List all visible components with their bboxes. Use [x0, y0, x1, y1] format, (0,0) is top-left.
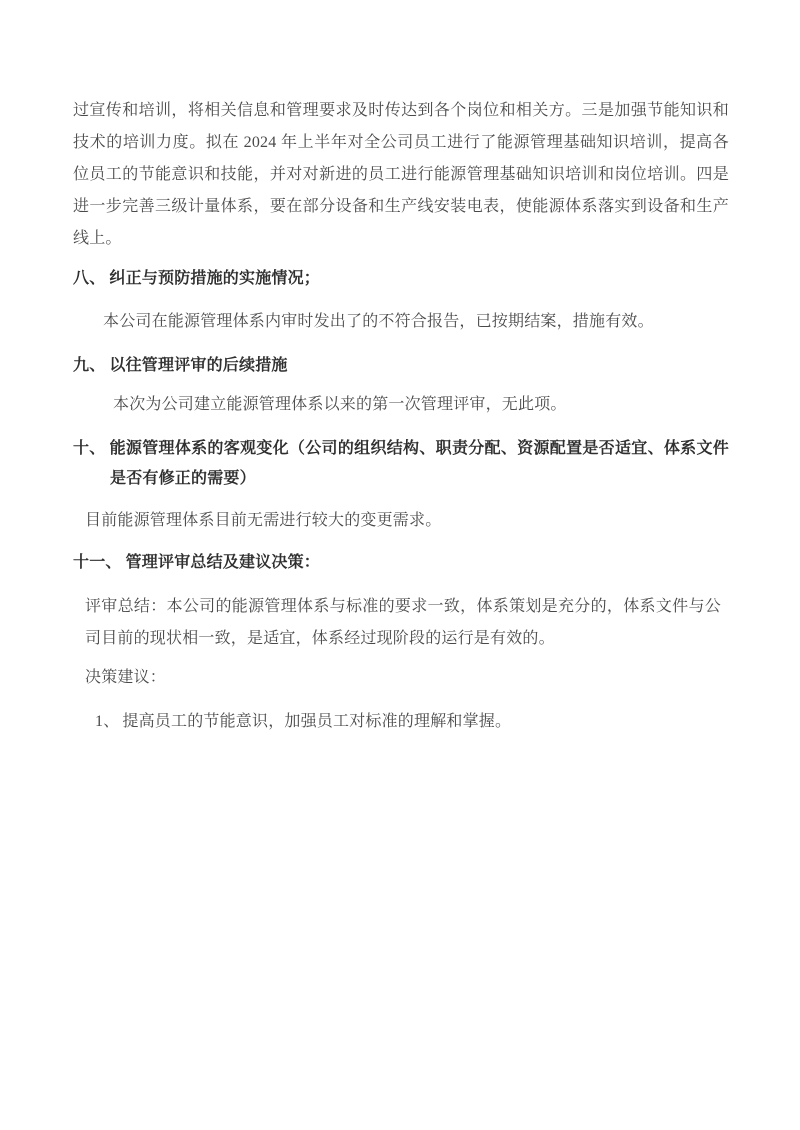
section-10-number: 十、 [73, 440, 106, 457]
section-heading-11: 十一、管理评审总结及建议决策： [73, 548, 729, 578]
decision-item-number: 1、 [95, 713, 119, 730]
section-11-title: 管理评审总结及建议决策： [126, 554, 320, 571]
section-8-number: 八、 [73, 270, 105, 287]
section-8-title: 纠正与预防措施的实施情况； [109, 270, 320, 287]
section-9-number: 九、 [73, 357, 105, 374]
section-8-body: 本公司在能源管理体系内审时发出了的不符合报告，已按期结案，措施有效。 [73, 306, 729, 338]
section-heading-8: 八、纠正与预防措施的实施情况； [73, 264, 729, 294]
decision-item-text: 提高员工的节能意识，加强员工对标准的理解和掌握。 [122, 713, 511, 730]
decision-label: 决策建议： [85, 662, 729, 694]
section-10-title: 能源管理体系的客观变化（公司的组织结构、职责分配、资源配置是否适宜、体系文件是否… [110, 440, 729, 487]
section-11-body: 评审总结：本公司的能源管理体系与标准的要求一致，体系策划是充分的，体系文件与公司… [85, 591, 721, 655]
section-10-body: 目前能源管理体系目前无需进行较大的变更需求。 [73, 505, 729, 537]
page-content: 过宣传和培训，将相关信息和管理要求及时传达到各个岗位和相关方。三是加强节能知识和… [73, 95, 729, 738]
section-11-number: 十一、 [73, 554, 122, 571]
section-heading-9: 九、以往管理评审的后续措施 [73, 351, 729, 381]
document-page: 过宣传和培训，将相关信息和管理要求及时传达到各个岗位和相关方。三是加强节能知识和… [0, 0, 800, 1130]
decision-item: 1、提高员工的节能意识，加强员工对标准的理解和掌握。 [95, 706, 729, 738]
section-9-body: 本次为公司建立能源管理体系以来的第一次管理评审，无此项。 [73, 389, 729, 421]
section-9-title: 以往管理评审的后续措施 [109, 357, 287, 374]
section-heading-10: 十、能源管理体系的客观变化（公司的组织结构、职责分配、资源配置是否适宜、体系文件… [73, 434, 729, 494]
paragraph-continuation: 过宣传和培训，将相关信息和管理要求及时传达到各个岗位和相关方。三是加强节能知识和… [73, 95, 729, 255]
